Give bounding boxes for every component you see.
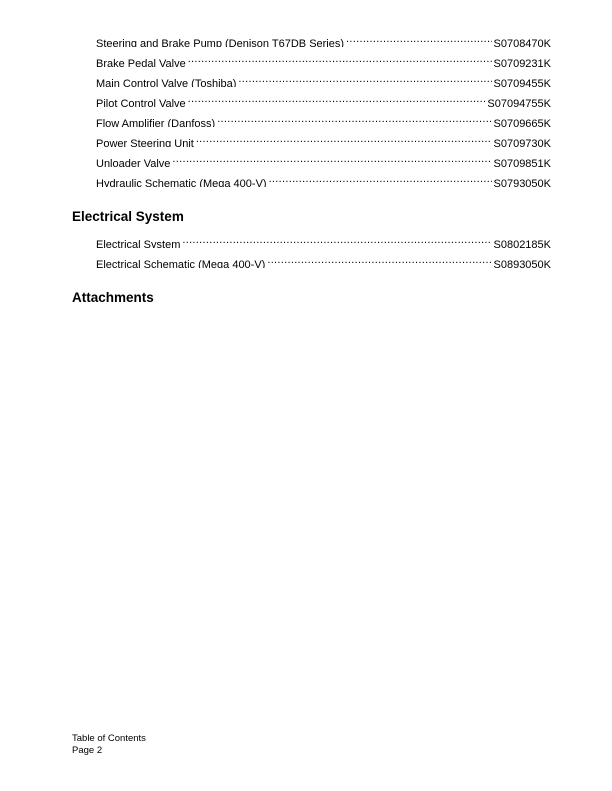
toc-entry-flow-amplifier[interactable]: Flow Amplifier (Danfoss) S0709665K: [96, 111, 551, 127]
dot-leader: [267, 252, 491, 268]
toc-entry-pilot-control-valve[interactable]: Pilot Control Valve S07094755K: [96, 91, 551, 107]
toc-entry-code: S0709665K: [494, 116, 552, 127]
toc-entry-title: Electrical System: [96, 237, 180, 248]
dot-leader: [188, 91, 486, 107]
document-page: Steering and Brake Pump (Denison T67DB S…: [0, 0, 612, 791]
toc-entry-title: Electrical Schematic (Mega 400-V): [96, 257, 265, 268]
toc-entry-code: S0802185K: [494, 237, 552, 248]
toc-entry-code: S0709851K: [494, 156, 552, 167]
toc-entry-code: S07094755K: [487, 96, 551, 107]
dot-leader: [238, 71, 491, 87]
dot-leader: [217, 111, 491, 127]
toc-entry-title: Main Control Valve (Toshiba): [96, 76, 236, 87]
toc-entry-hydraulic-schematic[interactable]: Hydraulic Schematic (Mega 400-V) S079305…: [96, 171, 551, 187]
toc-entry-electrical-system[interactable]: Electrical System S0802185K: [96, 232, 551, 248]
toc-entry-code: S0708470K: [494, 36, 552, 47]
dot-leader: [346, 31, 491, 47]
dot-leader: [182, 232, 491, 248]
toc-entry-code: S0709231K: [494, 56, 552, 67]
toc-entry-title: Unloader Valve: [96, 156, 170, 167]
dot-leader: [172, 151, 491, 167]
footer-title: Table of Contents: [72, 733, 146, 745]
toc-entry-code: S0709730K: [494, 136, 552, 147]
toc-entry-electrical-schematic[interactable]: Electrical Schematic (Mega 400-V) S08930…: [96, 252, 551, 268]
toc-entry-main-control-valve[interactable]: Main Control Valve (Toshiba) S0709455K: [96, 71, 551, 87]
toc-entry-code: S0793050K: [494, 176, 552, 187]
toc-entry-code: S0893050K: [494, 257, 552, 268]
toc-entry-code: S0709455K: [494, 76, 552, 87]
toc-entry-title: Power Steering Unit: [96, 136, 194, 147]
toc-entry-steering-brake-pump[interactable]: Steering and Brake Pump (Denison T67DB S…: [96, 31, 551, 47]
toc-entry-title: Brake Pedal Valve: [96, 56, 186, 67]
toc-entry-title: Flow Amplifier (Danfoss): [96, 116, 215, 127]
footer-page-number: Page 2: [72, 745, 102, 757]
toc-entry-power-steering-unit[interactable]: Power Steering Unit S0709730K: [96, 131, 551, 147]
section-heading-attachments: Attachments: [72, 289, 154, 307]
toc-entry-title: Hydraulic Schematic (Mega 400-V): [96, 176, 267, 187]
toc-entry-unloader-valve[interactable]: Unloader Valve S0709851K: [96, 151, 551, 167]
dot-leader: [269, 171, 492, 187]
dot-leader: [188, 51, 492, 67]
section-heading-electrical-system: Electrical System: [72, 208, 184, 226]
toc-entry-title: Steering and Brake Pump (Denison T67DB S…: [96, 36, 344, 47]
dot-leader: [196, 131, 492, 147]
toc-entry-brake-pedal-valve[interactable]: Brake Pedal Valve S0709231K: [96, 51, 551, 67]
toc-entry-title: Pilot Control Valve: [96, 96, 186, 107]
